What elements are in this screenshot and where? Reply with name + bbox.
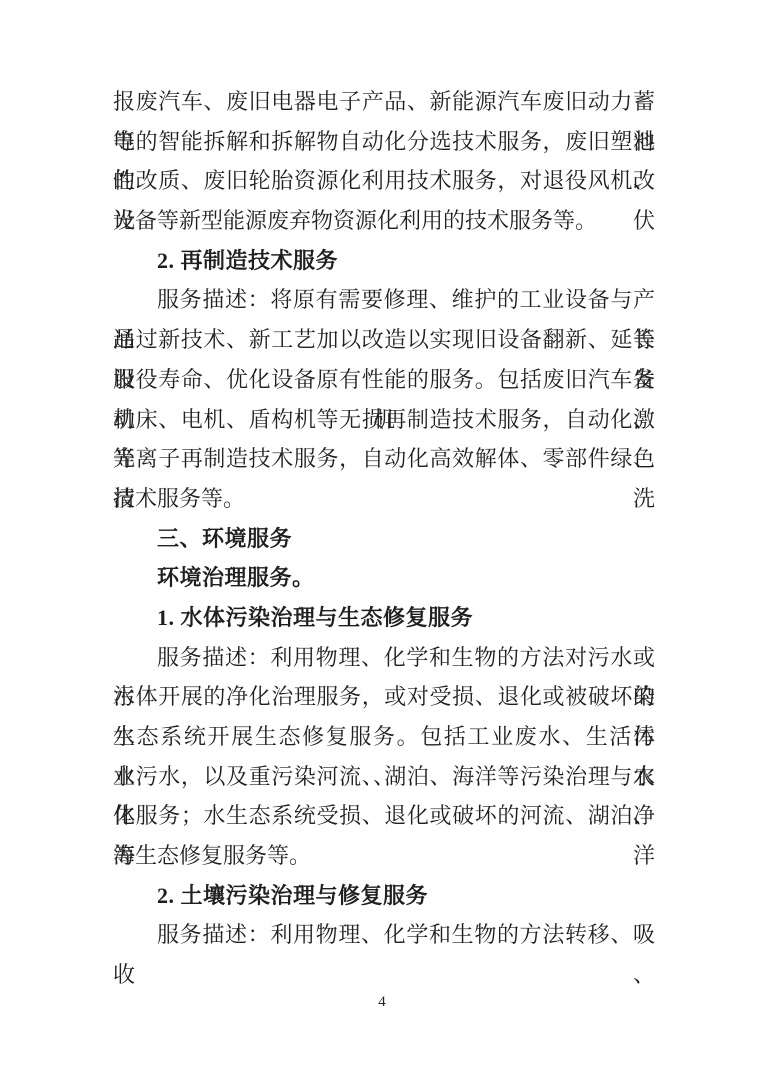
section-heading: 2. 再制造技术服务: [113, 241, 655, 281]
paragraph-line: 性改质、废旧轮胎资源化利用技术服务，对退役风机、光伏: [113, 161, 655, 201]
section-heading: 2. 土壤污染治理与修复服务: [113, 876, 655, 916]
paragraph-line: 服役寿命、优化设备原有性能的服务。包括废旧汽车发动机、: [113, 360, 655, 400]
section-heading: 三、环境服务: [113, 519, 655, 559]
paragraph-line: 服务描述：利用物理、化学和生物的方法转移、吸收、: [113, 915, 655, 955]
paragraph-line: 服务描述：将原有需要修理、维护的工业设备与产品等: [113, 280, 655, 320]
paragraph-line: 等离子再制造技术服务，自动化高效解体、零部件绿色清洗: [113, 439, 655, 479]
paragraph-line: 通过新技术、新工艺加以改造以实现旧设备翻新、延长设备: [113, 320, 655, 360]
paragraph-line: 报废汽车、废旧电器电子产品、新能源汽车废旧动力蓄电池: [113, 82, 655, 122]
paragraph-line: 生态系统开展生态修复服务。包括工业废水、生活污水、农: [113, 717, 655, 757]
page-body: 报废汽车、废旧电器电子产品、新能源汽车废旧动力蓄电池等的智能拆解和拆解物自动化分…: [113, 82, 655, 955]
document-page: 报废汽车、废旧电器电子产品、新能源汽车废旧动力蓄电池等的智能拆解和拆解物自动化分…: [0, 0, 764, 1080]
paragraph-line: 等的智能拆解和拆解物自动化分选技术服务，废旧塑料的改: [113, 122, 655, 162]
paragraph-line: 机床、电机、盾构机等无损再制造技术服务，自动化激光、: [113, 400, 655, 440]
page-number: 4: [378, 994, 386, 1010]
section-heading: 1. 水体污染治理与生态修复服务: [113, 598, 655, 638]
paragraph-line: 服务描述：利用物理、化学和生物的方法对污水或污染: [113, 638, 655, 678]
paragraph-line: 化服务；水生态系统受损、退化或破坏的河流、湖泊、海洋: [113, 796, 655, 836]
page-footer: 4: [0, 994, 764, 1011]
paragraph-line: 水体开展的净化治理服务，或对受损、退化或被破坏的水体: [113, 677, 655, 717]
section-heading: 环境治理服务。: [113, 558, 655, 598]
paragraph-line: 业污水，以及重污染河流、湖泊、海洋等污染治理与水体净: [113, 757, 655, 797]
paragraph-line: 设备等新型能源废弃物资源化利用的技术服务等。: [113, 201, 655, 241]
